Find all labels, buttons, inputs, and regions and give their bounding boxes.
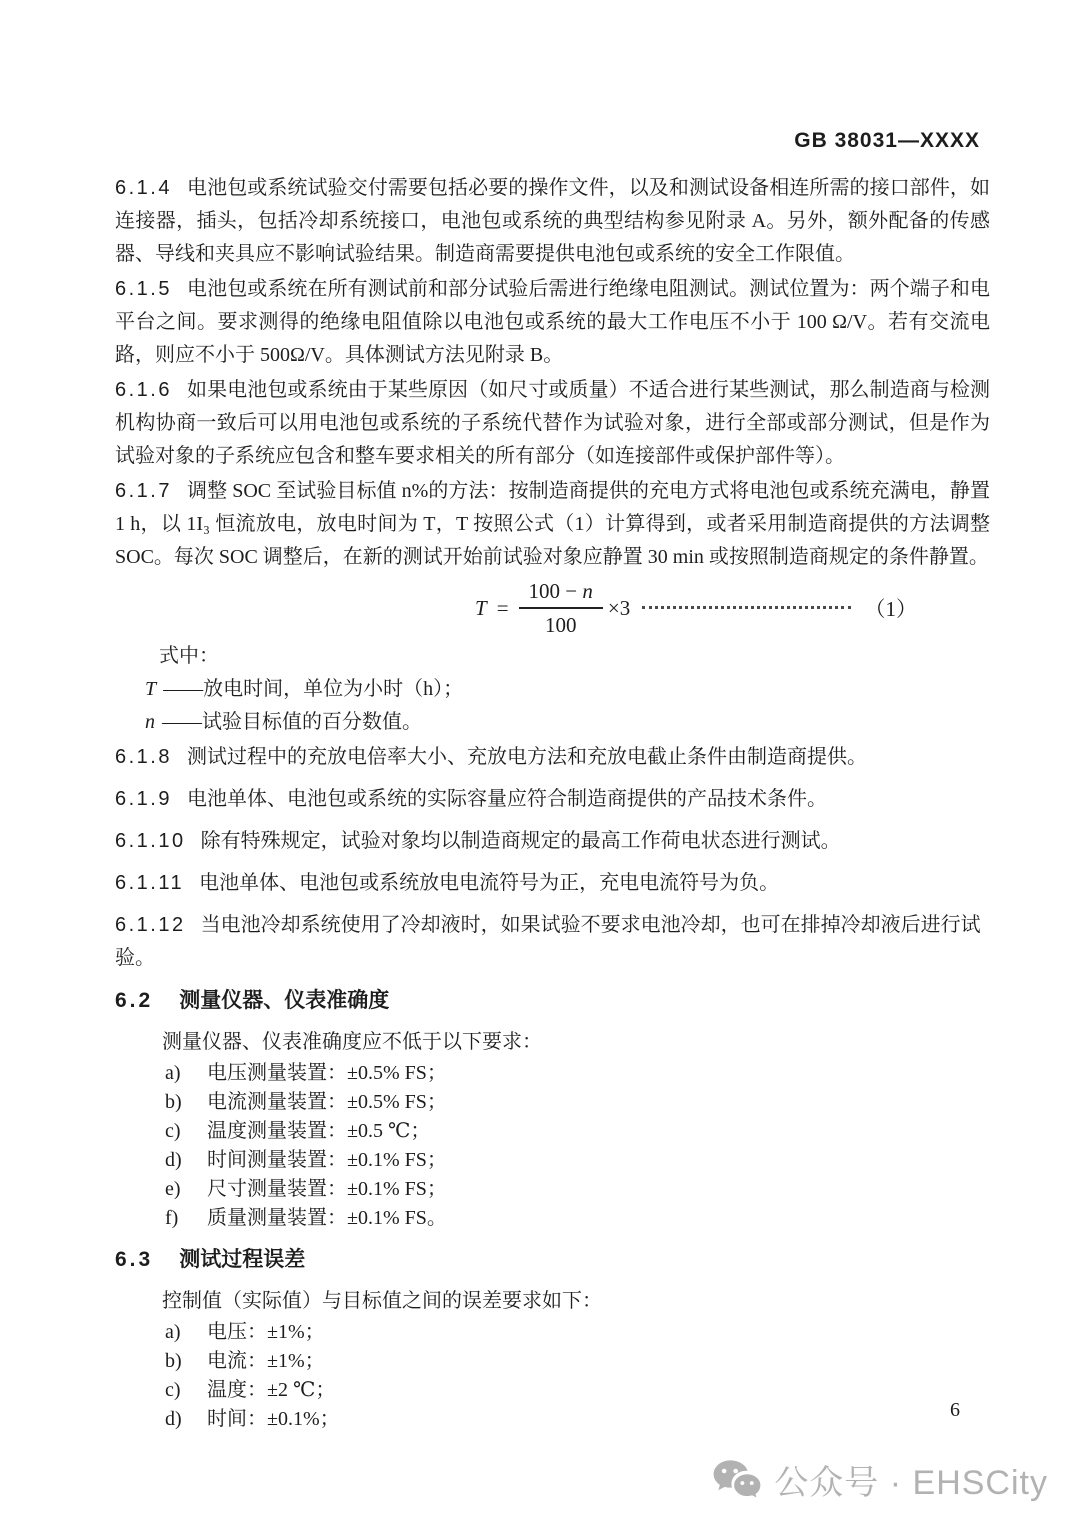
clause-text: 电池单体、电池包或系统的实际容量应符合制造商提供的产品技术条件。 [187,788,827,810]
list-intro-6-3: 控制值（实际值）与目标值之间的误差要求如下： [115,1285,990,1318]
symbol-description: ——试验目标值的百分数值。 [162,711,422,733]
doc-code-header: GB 38031—XXXX [794,129,980,153]
list-item-text: 电压：±1%； [207,1321,325,1343]
list-marker: e) [165,1175,207,1204]
formula-number-label: （1） [865,593,918,623]
clause-6-1-9: 6.1.9电池单体、电池包或系统的实际容量应符合制造商提供的产品技术条件。 [115,783,990,816]
list-marker: b) [165,1347,207,1376]
clause-number: 6.1.5 [115,278,172,300]
section-number: 6.2 [115,989,153,1012]
clause-number: 6.1.7 [115,480,172,502]
list-item: b)电流测量装置：±0.5% FS； [115,1088,990,1117]
page-number: 6 [950,1399,960,1422]
where-block: 式中： T——放电时间，单位为小时（h）； n——试验目标值的百分数值。 [115,640,990,739]
clause-6-1-12: 6.1.12当电池冷却系统使用了冷却液时，如果试验不要求电池冷却，也可在排掉冷却… [115,909,990,975]
list-item-text: 温度：±2 ℃； [207,1379,335,1401]
list-item-text: 温度测量装置：±0.5 ℃； [207,1120,430,1142]
clause-number: 6.1.11 [115,872,184,894]
list-marker: a) [165,1059,207,1088]
list-marker: c) [165,1117,207,1146]
clause-6-1-11: 6.1.11电池单体、电池包或系统放电电流符号为正，充电电流符号为负。 [115,867,990,900]
section-heading-6-2: 6.2测量仪器、仪表准确度 [115,984,990,1017]
section-title: 测试过程误差 [179,1248,305,1271]
clause-6-1-5: 6.1.5电池包或系统在所有测试前和部分试验后需进行绝缘电阻测试。测试位置为：两… [115,273,990,372]
wechat-icon [712,1457,762,1503]
list-marker: d) [165,1405,207,1434]
where-lead: 式中： [115,640,990,673]
page-content: 6.1.4电池包或系统试验交付需要包括必要的操作文件，以及和测试设备相连所需的接… [115,172,990,1442]
list-item-text: 电压测量装置：±0.5% FS； [207,1062,447,1084]
list-item-text: 时间测量装置：±0.1% FS； [207,1149,447,1171]
list-marker: d) [165,1146,207,1175]
list-item: c)温度测量装置：±0.5 ℃； [115,1117,990,1146]
list-item-text: 电流：±1%； [207,1350,325,1372]
list-marker: f) [165,1204,207,1233]
list-item: a)电压：±1%； [115,1318,990,1347]
clause-text: 如果电池包或系统由于某些原因（如尺寸或质量）不适合进行某些测试，那么制造商与检测… [115,379,990,467]
list-item-text: 尺寸测量装置：±0.1% FS； [207,1178,447,1200]
clause-text: 当电池冷却系统使用了冷却液时，如果试验不要求电池冷却，也可在排掉冷却液后进行试验… [115,914,981,969]
list-item-text: 质量测量装置：±0.1% FS。 [207,1207,447,1229]
list-item: f)质量测量装置：±0.1% FS。 [115,1204,990,1233]
symbol: n [145,711,155,733]
clause-6-1-7: 6.1.7调整 SOC 至试验目标值 n%的方法：按制造商提供的充电方式将电池包… [115,475,990,574]
document-page: GB 38031—XXXX 6.1.4电池包或系统试验交付需要包括必要的操作文件… [0,0,1080,1527]
formula-multiplier: ×3 [608,596,630,621]
list-marker: b) [165,1088,207,1117]
clause-6-1-4: 6.1.4电池包或系统试验交付需要包括必要的操作文件，以及和测试设备相连所需的接… [115,172,990,271]
symbol-description: ——放电时间，单位为小时（h）； [163,678,463,700]
tolerance-list: a)电压：±1%； b)电流：±1%； c)温度：±2 ℃； d)时间：±0.1… [115,1318,990,1434]
list-item: c)温度：±2 ℃； [115,1376,990,1405]
list-item: a)电压测量装置：±0.5% FS； [115,1059,990,1088]
formula-lhs: T [475,596,487,621]
list-item: b)电流：±1%； [115,1347,990,1376]
list-intro-6-2: 测量仪器、仪表准确度应不低于以下要求： [115,1026,990,1059]
formula-fraction: 100 − n 100 [519,578,603,638]
clause-number: 6.1.12 [115,914,186,936]
list-item-text: 时间：±0.1%； [207,1408,340,1430]
clause-text: 测试过程中的充放电倍率大小、充放电方法和充放电截止条件由制造商提供。 [187,746,867,768]
watermark-text: 公众号 · EHSCity [774,1455,1048,1504]
fraction-numerator: 100 − n [519,578,603,609]
section-number: 6.3 [115,1248,153,1271]
numerator-constant: 100 − [529,579,578,603]
clause-number: 6.1.10 [115,830,186,852]
list-marker: a) [165,1318,207,1347]
clause-6-1-8: 6.1.8测试过程中的充放电倍率大小、充放电方法和充放电截止条件由制造商提供。 [115,741,990,774]
fraction-denominator: 100 [519,609,603,638]
clause-number: 6.1.4 [115,177,172,199]
clause-number: 6.1.8 [115,746,172,768]
clause-number: 6.1.6 [115,379,172,401]
accuracy-list: a)电压测量装置：±0.5% FS； b)电流测量装置：±0.5% FS； c)… [115,1059,990,1233]
clause-text: 电池单体、电池包或系统放电电流符号为正，充电电流符号为负。 [199,872,779,894]
list-item: d)时间测量装置：±0.1% FS； [115,1146,990,1175]
list-marker: c) [165,1376,207,1405]
clause-text: 电池包或系统试验交付需要包括必要的操作文件，以及和测试设备相连所需的接口部件，如… [115,177,990,265]
symbol: T [145,678,156,700]
section-heading-6-3: 6.3测试过程误差 [115,1243,990,1276]
formula-1: T = 100 − n 100 ×3 （1） [115,578,990,638]
list-item-text: 电流测量装置：±0.5% FS； [207,1091,447,1113]
clause-text: 电池包或系统在所有测试前和部分试验后需进行绝缘电阻测试。测试位置为：两个端子和电… [115,278,990,366]
numerator-variable: n [582,579,593,603]
section-title: 测量仪器、仪表准确度 [179,989,389,1012]
where-item-T: T——放电时间，单位为小时（h）； [115,673,990,706]
clause-text: 调整 SOC 至试验目标值 n%的方法：按制造商提供的充电方式将电池包或系统充满… [115,480,990,568]
list-item: d)时间：±0.1%； [115,1405,990,1434]
dotted-leader [642,606,850,609]
list-item: e)尺寸测量装置：±0.1% FS； [115,1175,990,1204]
clause-6-1-6: 6.1.6如果电池包或系统由于某些原因（如尺寸或质量）不适合进行某些测试，那么制… [115,374,990,473]
clause-number: 6.1.9 [115,788,172,810]
watermark: 公众号 · EHSCity [712,1455,1048,1504]
formula-equals: = [497,596,509,621]
clause-text: 除有特殊规定，试验对象均以制造商规定的最高工作荷电状态进行测试。 [201,830,841,852]
where-item-n: n——试验目标值的百分数值。 [115,706,990,739]
clause-6-1-10: 6.1.10除有特殊规定，试验对象均以制造商规定的最高工作荷电状态进行测试。 [115,825,990,858]
